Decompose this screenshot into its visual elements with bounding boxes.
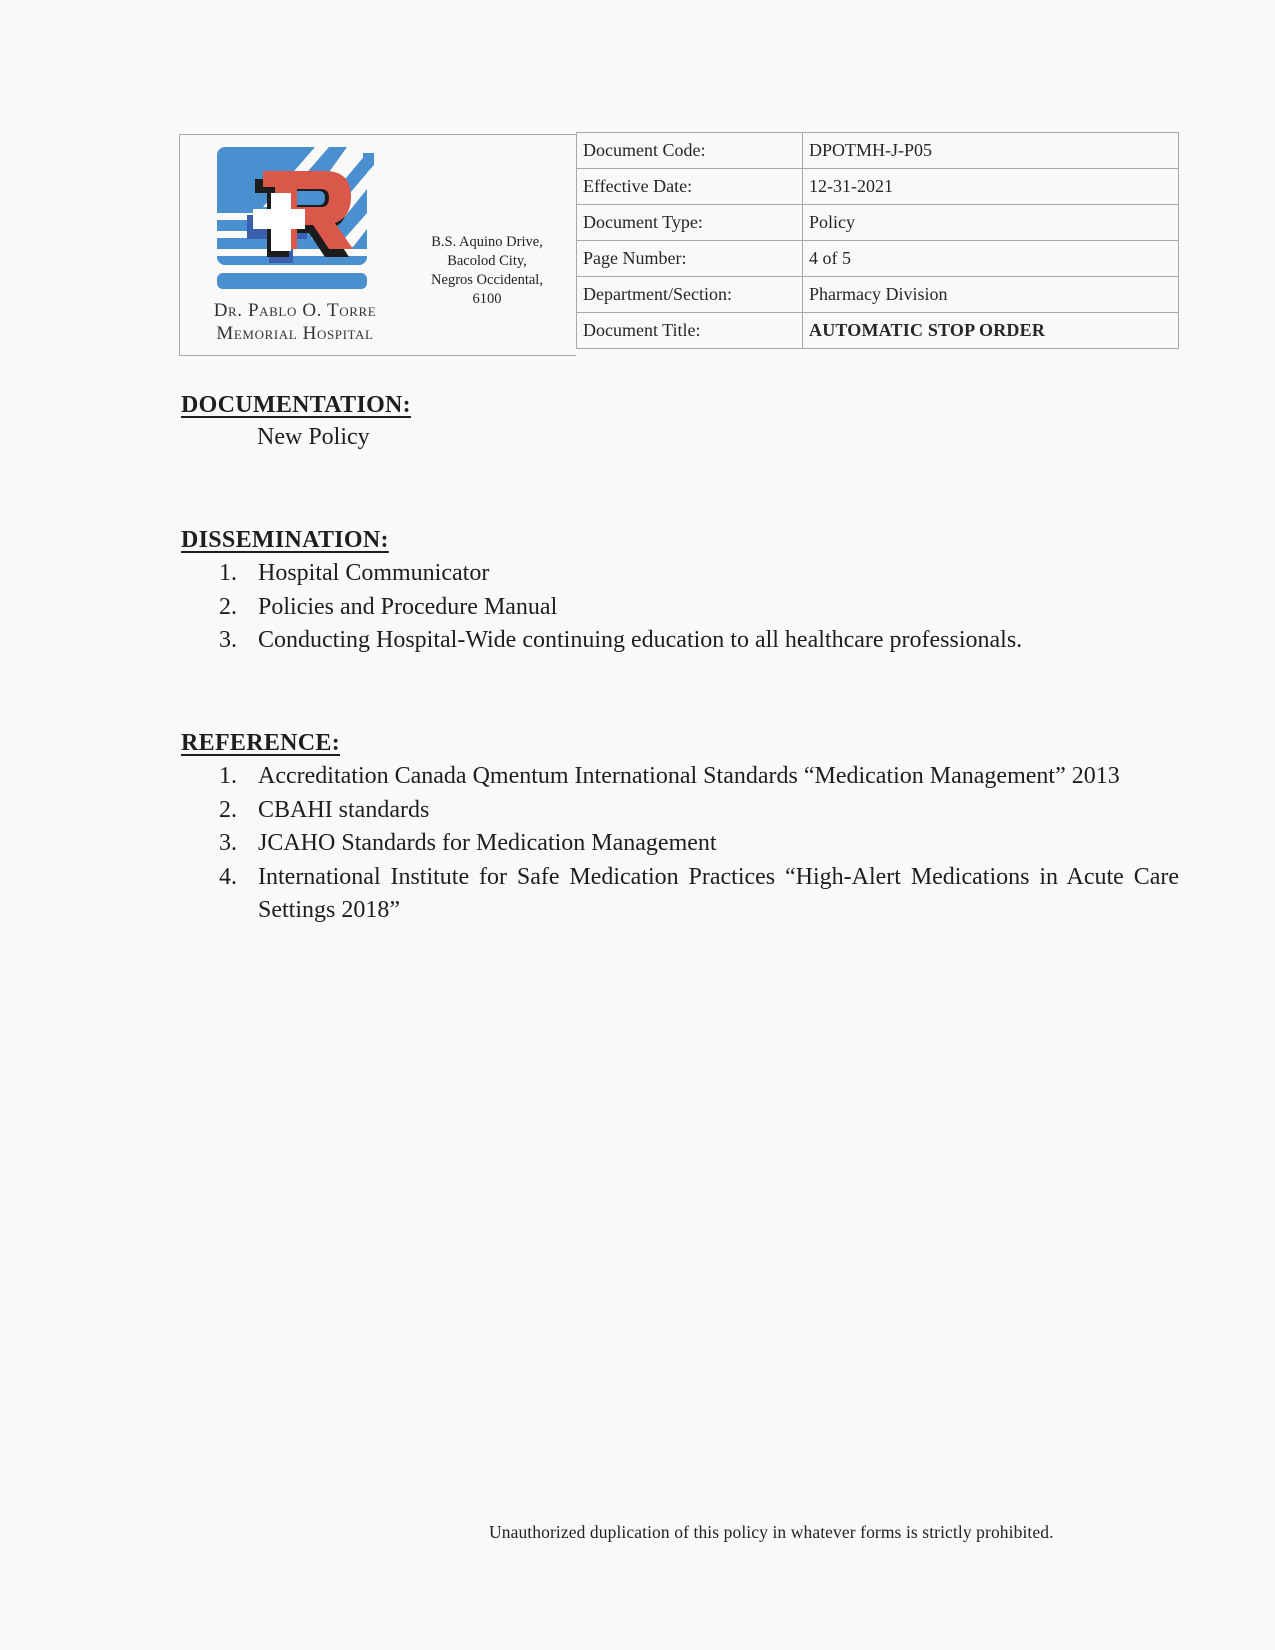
address-line: B.S. Aquino Drive,	[412, 233, 562, 252]
document-title-label: Document Title:	[577, 313, 803, 349]
dissemination-heading: DISSEMINATION:	[181, 525, 389, 555]
list-item-text: CBAHI standards	[258, 797, 429, 823]
list-item-text: International Institute for Safe Medicat…	[258, 864, 1179, 924]
hospital-address: B.S. Aquino Drive, Bacolod City, Negros …	[412, 233, 562, 309]
table-row: Document Title: AUTOMATIC STOP ORDER	[577, 313, 1179, 349]
documentation-text: New Policy	[257, 422, 370, 452]
document-code-label: Document Code:	[577, 133, 803, 169]
list-item-text: Conducting Hospital-Wide continuing educ…	[258, 627, 1022, 653]
list-item: 1. Hospital Communicator	[219, 557, 1179, 591]
address-line: 6100	[412, 290, 562, 309]
list-number: 2.	[219, 591, 237, 625]
list-item: 3. JCAHO Standards for Medication Manage…	[219, 827, 1179, 861]
document-type-value: Policy	[803, 205, 1179, 241]
table-row: Document Code: DPOTMH-J-P05	[577, 133, 1179, 169]
list-number: 2.	[219, 794, 237, 828]
address-line: Bacolod City,	[412, 252, 562, 271]
address-line: Negros Occidental,	[412, 271, 562, 290]
documentation-heading: DOCUMENTATION:	[181, 390, 411, 420]
effective-date-value: 12-31-2021	[803, 169, 1179, 205]
list-item: 4. International Institute for Safe Medi…	[219, 861, 1179, 928]
list-item: 1. Accreditation Canada Qmentum Internat…	[219, 760, 1179, 794]
list-item-text: Hospital Communicator	[258, 560, 489, 586]
page-number-value: 4 of 5	[803, 241, 1179, 277]
hospital-name-line1: Dr. Pablo O. Torre	[180, 299, 410, 322]
table-row: Document Type: Policy	[577, 205, 1179, 241]
list-item-text: JCAHO Standards for Medication Managemen…	[258, 830, 717, 856]
document-title-value: AUTOMATIC STOP ORDER	[803, 313, 1179, 349]
list-number: 1.	[219, 557, 237, 591]
list-item: 2. CBAHI standards	[219, 794, 1179, 828]
list-number: 4.	[219, 861, 237, 895]
hospital-identity-box: Dr. Pablo O. Torre Memorial Hospital B.S…	[179, 134, 576, 356]
list-number: 3.	[219, 624, 237, 658]
duplication-notice: Unauthorized duplication of this policy …	[489, 1522, 1054, 1543]
table-row: Effective Date: 12-31-2021	[577, 169, 1179, 205]
list-item-text: Policies and Procedure Manual	[258, 594, 557, 620]
table-row: Page Number: 4 of 5	[577, 241, 1179, 277]
department-label: Department/Section:	[577, 277, 803, 313]
list-item: 3. Conducting Hospital-Wide continuing e…	[219, 624, 1179, 658]
document-type-label: Document Type:	[577, 205, 803, 241]
effective-date-label: Effective Date:	[577, 169, 803, 205]
hospital-name-line2: Memorial Hospital	[180, 322, 410, 345]
table-row: Department/Section: Pharmacy Division	[577, 277, 1179, 313]
document-info-table: Document Code: DPOTMH-J-P05 Effective Da…	[576, 132, 1179, 349]
hospital-cross-r-logo-icon	[217, 147, 374, 300]
list-number: 1.	[219, 760, 237, 794]
list-number: 3.	[219, 827, 237, 861]
reference-list: 1. Accreditation Canada Qmentum Internat…	[219, 760, 1179, 928]
list-item-text: Accreditation Canada Qmentum Internation…	[258, 763, 1120, 789]
department-value: Pharmacy Division	[803, 277, 1179, 313]
hospital-name: Dr. Pablo O. Torre Memorial Hospital	[180, 299, 410, 345]
page-number-label: Page Number:	[577, 241, 803, 277]
reference-heading: REFERENCE:	[181, 728, 340, 758]
dissemination-list: 1. Hospital Communicator 2. Policies and…	[219, 557, 1179, 658]
document-code-value: DPOTMH-J-P05	[803, 133, 1179, 169]
list-item: 2. Policies and Procedure Manual	[219, 591, 1179, 625]
